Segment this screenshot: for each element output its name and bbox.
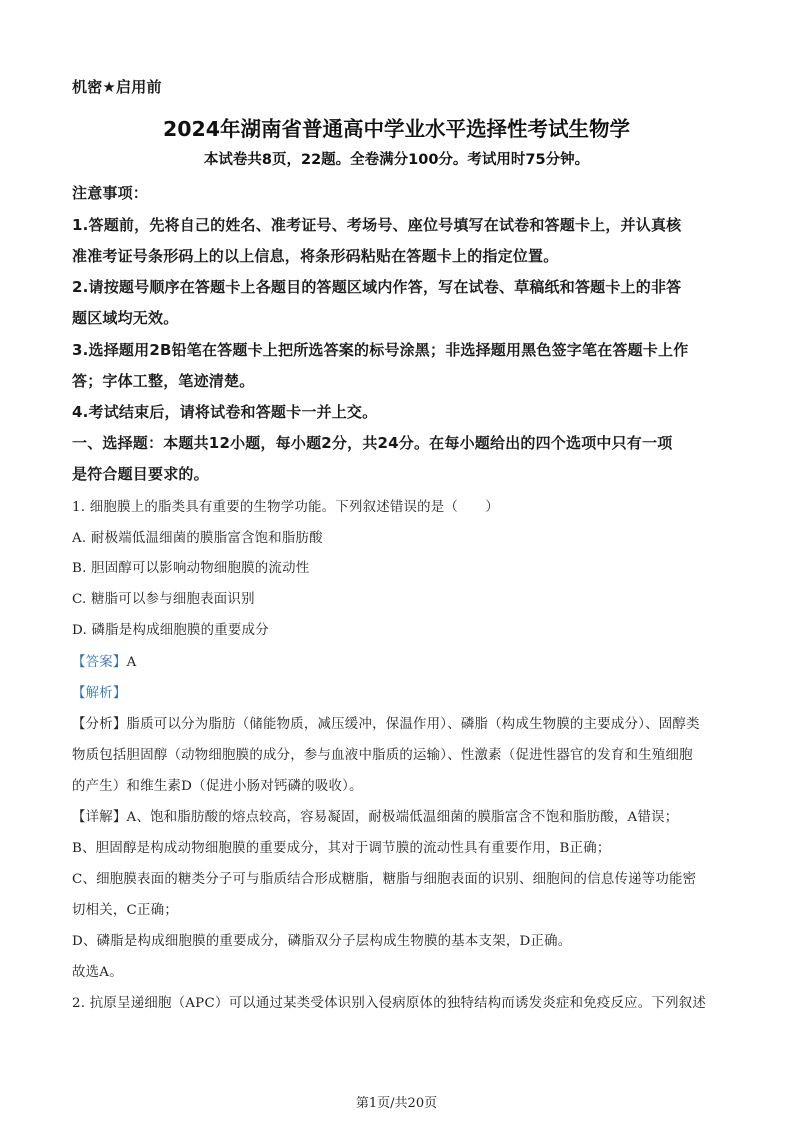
- question-2-stem: 2. 抗原呈递细胞（APC）可以通过某类受体识别入侵病原体的独特结构而诱发炎症和…: [72, 992, 706, 1011]
- notice-line: 题区域均无效。: [72, 307, 178, 328]
- question-1-option-b: B. 胆固醇可以影响动物细胞膜的流动性: [72, 557, 309, 576]
- detail-line: C、细胞膜表面的糖类分子可与脂质结合形成糖脂，糖脂与细胞表面的识别、细胞间的信息…: [72, 868, 696, 887]
- notice-line: 1.答题前，先将自己的姓名、准考证号、考场号、座位号填写在试卷和答题卡上，并认真…: [72, 214, 681, 235]
- analysis-line: 的产生）和维生素D（促进小肠对钙磷的吸收）。: [72, 775, 363, 794]
- confidential-label: 机密★启用前: [72, 76, 162, 97]
- page-title: 2024年湖南省普通高中学业水平选择性考试生物学: [0, 112, 793, 142]
- notice-line: 3.选择题用2B铅笔在答题卡上把所选答案的标号涂黑；非选择题用黑色签字笔在答题卡…: [72, 339, 688, 360]
- answer-label: 【答案】: [72, 655, 127, 670]
- detail-line: 切相关，C正确；: [72, 899, 178, 918]
- notice-line: 2.请按题号顺序在答题卡上各题目的答题区域内作答，写在试卷、草稿纸和答题卡上的非…: [72, 276, 681, 297]
- question-1-option-d: D. 磷脂是构成细胞膜的重要成分: [72, 619, 269, 638]
- section-heading-cont: 是符合题目要求的。: [72, 463, 209, 484]
- notice-heading: 注意事项：: [72, 182, 148, 203]
- question-1-option-c: C. 糖脂可以参与细胞表面识别: [72, 588, 255, 607]
- analysis-label: 【解析】: [72, 682, 127, 701]
- detail-line: D、磷脂是构成细胞膜的重要成分，磷脂双分子层构成生物膜的基本支架，D正确。: [72, 930, 571, 949]
- notice-line: 答；字体工整，笔迹清楚。: [72, 370, 254, 391]
- analysis-line: 物质包括胆固醇（动物细胞膜的成分，参与血液中脂质的运输）、性激素（促进性器官的发…: [72, 744, 693, 763]
- conclusion-line: 故选A。: [72, 961, 123, 980]
- section-heading: 一、选择题：本题共12小题，每小题2分，共24分。在每小题给出的四个选项中只有一…: [72, 432, 672, 453]
- notice-line: 4.考试结束后，请将试卷和答题卡一并上交。: [72, 401, 377, 422]
- page-indicator: 第1页/共20页: [0, 1092, 793, 1111]
- question-1-option-a: A. 耐极端低温细菌的膜脂富含饱和脂肪酸: [72, 527, 323, 546]
- exam-page: 机密★启用前 2024年湖南省普通高中学业水平选择性考试生物学 本试卷共8页，2…: [0, 0, 793, 1122]
- detail-line: 【详解】A、饱和脂肪酸的熔点较高，容易凝固，耐极端低温细菌的膜脂富含不饱和脂肪酸…: [72, 806, 678, 825]
- answer-row: 【答案】A: [72, 651, 136, 670]
- question-1-stem: 1. 细胞膜上的脂类具有重要的生物学功能。下列叙述错误的是（ ）: [72, 496, 499, 515]
- analysis-line: 【分析】脂质可以分为脂肪（储能物质，减压缓冲，保温作用）、磷脂（构成生物膜的主要…: [72, 713, 700, 732]
- detail-line: B、胆固醇是构成动物细胞膜的重要成分，其对于调节膜的流动性具有重要作用，B正确；: [72, 837, 611, 856]
- answer-value: A: [127, 655, 137, 670]
- notice-line: 准准考证号条形码上的以上信息，将条形码粘贴在答题卡上的指定位置。: [72, 245, 558, 266]
- exam-subtitle: 本试卷共8页，22题。全卷满分100分。考试用时75分钟。: [0, 148, 793, 169]
